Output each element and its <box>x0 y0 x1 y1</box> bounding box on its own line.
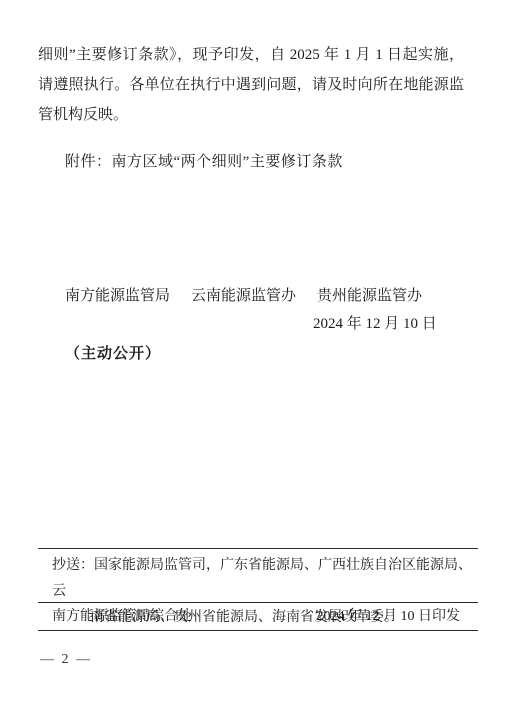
signing-agency: 南方能源监管局 <box>65 281 170 311</box>
issue-date: 2024 年 12 月 10 日印发 <box>317 605 461 629</box>
disclosure-note: （主动公开） <box>65 339 161 369</box>
separator-line <box>38 630 478 631</box>
body-line: 请遵照执行。各单位在执行中遇到问题，请及时向所在地能源监 <box>38 70 464 100</box>
document-page: 细则”主要修订条款》，现予印发，自 2025 年 1 月 1 日起实施， 请遵照… <box>0 0 515 725</box>
separator-line <box>38 548 478 549</box>
signing-agency: 贵州能源监管办 <box>317 281 422 311</box>
signing-agencies: 南方能源监管局 云南能源监管办 贵州能源监管办 <box>65 281 422 311</box>
page-number: — 2 — <box>40 652 92 668</box>
body-line: 管机构反映。 <box>38 100 464 130</box>
attachment-line: 附件：南方区域“两个细则”主要修订条款 <box>65 147 343 177</box>
signature-date: 2024 年 12 月 10 日 <box>313 309 437 339</box>
issuance-row: 南方能源监管局综合处 2024 年 12 月 10 日印发 <box>52 605 460 629</box>
issuing-office: 南方能源监管局综合处 <box>52 605 192 629</box>
separator-line <box>38 602 478 603</box>
signing-agency: 云南能源监管办 <box>191 281 296 311</box>
cc-line: 抄送：国家能源局监管司，广东省能源局、广西壮族自治区能源局、云 <box>52 553 478 605</box>
body-paragraph: 细则”主要修订条款》，现予印发，自 2025 年 1 月 1 日起实施， 请遵照… <box>38 40 464 130</box>
body-line: 细则”主要修订条款》，现予印发，自 2025 年 1 月 1 日起实施， <box>38 40 464 70</box>
